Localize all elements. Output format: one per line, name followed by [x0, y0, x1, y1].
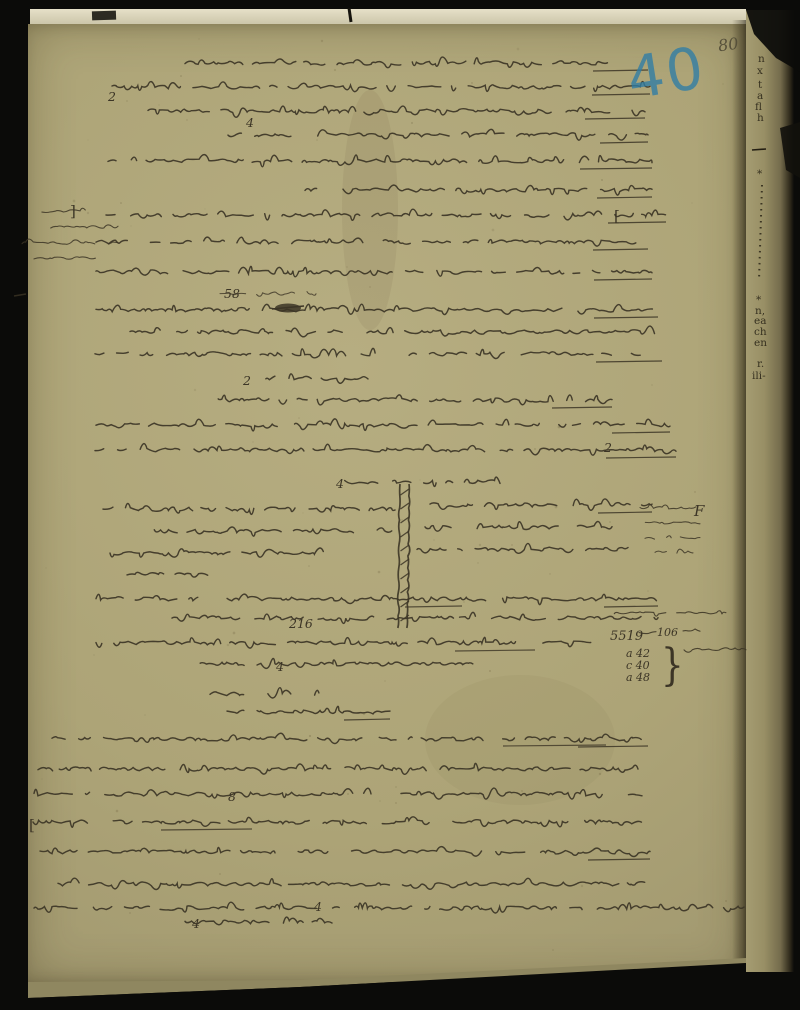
lead-word-underline	[604, 606, 658, 607]
folio-number: 80	[717, 34, 740, 56]
handwritten-line	[266, 374, 368, 383]
right-margin-note-line	[683, 629, 700, 631]
handwritten-line	[112, 82, 650, 92]
handwritten-line	[185, 57, 648, 68]
handwritten-line	[228, 129, 648, 140]
inline-number: 4	[275, 659, 284, 674]
insertion-mark-hatch	[401, 531, 410, 537]
inline-number: 2	[107, 89, 116, 104]
left-margin-note-line	[34, 257, 95, 259]
scan-photo: 80 40 5519 106 } 24582422164844[][Fa 42c…	[0, 0, 800, 1010]
inline-number: 58	[224, 286, 240, 301]
inline-number: 4	[191, 916, 200, 931]
right-margin-note-line	[614, 611, 742, 616]
handwritten-line	[227, 706, 390, 714]
lead-word-underline	[580, 168, 652, 169]
handwritten-line	[33, 817, 646, 827]
handwritten-line	[345, 477, 500, 486]
handwritten-line	[210, 688, 319, 698]
edge-text-fragment: r.	[757, 358, 764, 370]
margin-f-mark: F	[693, 502, 705, 520]
paper-stains	[39, 8, 727, 951]
handwritten-line	[127, 572, 208, 577]
handwritten-line	[417, 543, 628, 553]
mid-line-underline	[455, 650, 535, 651]
edge-dash-fragment	[752, 149, 766, 150]
margin-dash	[14, 294, 26, 296]
handwritten-line	[34, 902, 744, 913]
right-margin-note-line	[645, 522, 700, 524]
left-margin-note-line	[42, 208, 88, 212]
photo-corner-shadow	[746, 10, 800, 72]
handwritten-line	[103, 504, 395, 515]
edge-text-fragment: *	[757, 168, 763, 180]
edge-text-fragment: x	[757, 65, 763, 77]
handwritten-line	[40, 847, 650, 857]
handwritten-line	[172, 612, 658, 623]
margin-note-year-number: 5519	[610, 629, 643, 644]
handwritten-line	[130, 326, 660, 337]
lead-word-underline	[612, 432, 670, 433]
margin-note-brace: }	[661, 640, 684, 691]
inline-number: 8	[228, 789, 236, 804]
handwritten-line	[154, 527, 391, 536]
edge-text-fragment: n	[758, 53, 765, 65]
margin-column-row: a 48	[626, 671, 650, 684]
lead-word-underline	[593, 249, 648, 250]
right-margin-note-line	[645, 536, 700, 539]
inline-number: 4	[313, 899, 322, 914]
handwritten-line	[218, 395, 612, 405]
handwritten-line	[430, 499, 652, 510]
lead-word-underline	[344, 719, 390, 720]
lead-word-underline	[552, 407, 612, 408]
handwritten-line	[185, 917, 332, 925]
right-margin-note-line	[640, 505, 696, 509]
lead-word-underline	[606, 457, 676, 458]
lead-word-underline	[588, 859, 650, 860]
inline-number: 2	[603, 440, 612, 455]
handwritten-line	[148, 106, 645, 117]
lead-word-underline	[597, 197, 652, 198]
handwritten-line	[425, 522, 612, 532]
margin-note-page-ref: 106	[657, 626, 678, 639]
inline-number: 2	[242, 373, 251, 388]
handwritten-line	[96, 637, 602, 648]
insertion-mark-hatch	[401, 503, 410, 509]
left-margin-note-line	[51, 225, 118, 228]
handwritten-line	[96, 419, 670, 431]
lead-word-underline	[585, 118, 645, 119]
edge-dotted-rule	[759, 185, 762, 280]
mid-line-underline	[405, 606, 462, 607]
insertion-mark-pole	[398, 484, 400, 628]
lead-word-underline	[594, 279, 652, 280]
lead-word-underline	[596, 361, 662, 362]
handwritten-line	[58, 878, 645, 889]
shelf-number-blue-crayon: 40	[622, 33, 709, 112]
margin-bracket: ]	[70, 202, 76, 220]
insertion-mark-hatch	[401, 489, 410, 495]
edge-text-fragment: h	[757, 112, 764, 124]
lead-word-underline	[598, 512, 652, 513]
insertion-mark-hatch	[401, 545, 410, 551]
handwritten-line	[110, 548, 323, 557]
right-margin-note-line	[655, 549, 693, 553]
photo-edge-shadow	[780, 122, 800, 178]
handwritten-line	[200, 658, 487, 668]
margin-bracket: [	[29, 816, 35, 834]
inline-number: 216	[288, 616, 313, 631]
handwriting-layer: 80 40 5519 106 } 24582422164844[][Fa 42c…	[0, 0, 800, 1010]
edge-text-fragment: ili-	[752, 370, 766, 382]
handwritten-line	[96, 594, 656, 604]
mid-line-underline	[161, 829, 252, 830]
margin-bracket: [	[614, 207, 620, 225]
inline-number: 4	[245, 115, 254, 130]
edge-text-fragment: en	[754, 337, 767, 349]
lead-word-underline	[600, 142, 648, 143]
lead-word-underline	[594, 317, 658, 318]
handwritten-line	[95, 444, 676, 456]
handwritten-line	[95, 348, 662, 358]
right-margin-note-line	[684, 648, 746, 652]
inline-number: 4	[335, 476, 344, 491]
